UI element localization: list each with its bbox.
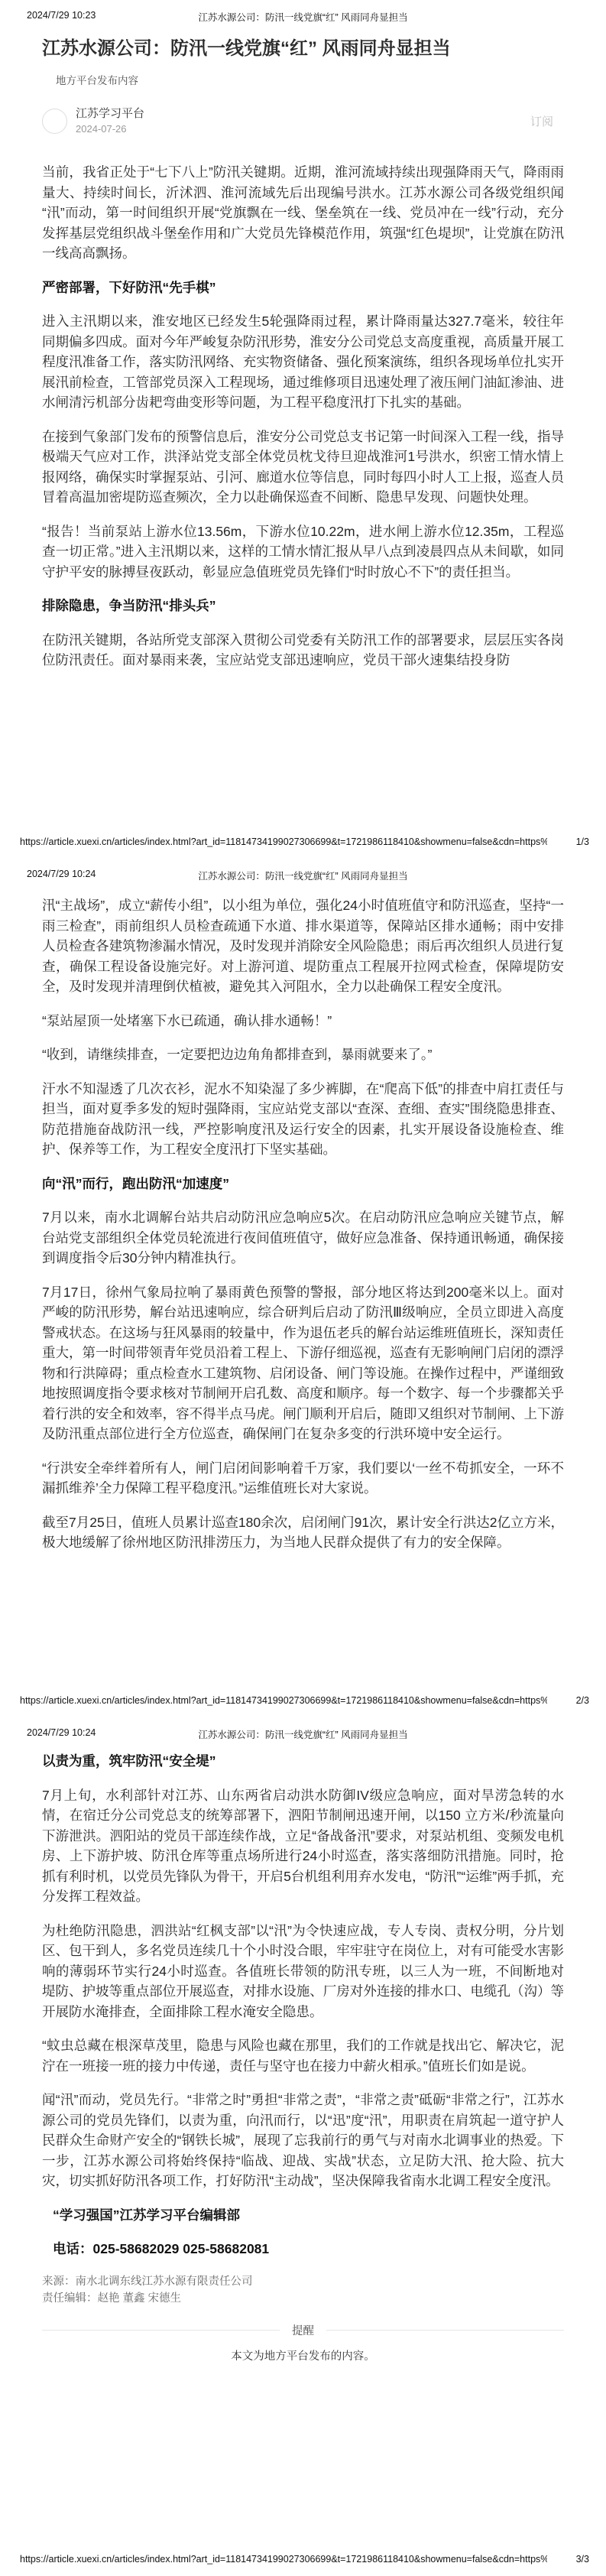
byline-info: 江苏学习平台 2024-07-26: [76, 107, 144, 135]
editorial-signature: “学习强国”江苏学习平台编辑部: [53, 2205, 564, 2226]
page-footer: https://article.xuexi.cn/articles/index.…: [20, 836, 589, 849]
notice-label: 提醒: [292, 2322, 314, 2338]
paragraph: 截至7月25日，值班人员累计巡查180余次，启闭闸门91次，累计安全行洪达2亿立…: [42, 1512, 564, 1553]
source-url: https://article.xuexi.cn/articles/index.…: [20, 1695, 547, 1706]
section-heading: 严密部署，下好防汛“先手棋”: [42, 278, 564, 298]
page-number: 1/3: [565, 836, 589, 847]
paragraph: 汛“主战场”，成立“薪传小组”，以小组为单位，强化24小时值班值守和防汛巡查，坚…: [42, 895, 564, 997]
paragraph: 在接到气象部门发布的预警信息后，淮安分公司党总支书记第一时间深入工程一线，指导极…: [42, 427, 564, 508]
paragraph: “收到，请继续排查，一定要把边边角角都排查到，暴雨就要来了。”: [42, 1044, 564, 1065]
page-header: 2024/7/29 10:23 江苏水源公司：防汛一线党旗“红” 风雨同舟显担当: [20, 10, 586, 23]
section-heading: 排除隐患，争当防汛“排头兵”: [42, 596, 564, 616]
article-content-page2: 汛“主战场”，成立“薪传小组”，以小组为单位，强化24小时值班值守和防汛巡查，坚…: [42, 895, 564, 1567]
page-title: 江苏水源公司：防汛一线党旗“红” 风雨同舟显担当: [42, 37, 564, 61]
page-footer: https://article.xuexi.cn/articles/index.…: [20, 1695, 589, 1708]
section-heading: 向“汛”而行，跑出防汛“加速度”: [42, 1174, 564, 1194]
source-url: https://article.xuexi.cn/articles/index.…: [20, 2554, 547, 2565]
print-timestamp: 2024/7/29 10:24: [27, 869, 96, 879]
header-doc-title: 江苏水源公司：防汛一线党旗“红” 风雨同舟显担当: [112, 869, 494, 882]
paragraph: 汗水不知湿透了几次衣衫，泥水不知染湿了多少裤脚，在“爬高下低”的排查中肩扛责任与…: [42, 1079, 564, 1160]
author-name[interactable]: 江苏学习平台: [76, 107, 144, 121]
source-line: 来源：南水北调东线江苏水源有限责任公司: [42, 2273, 564, 2290]
paragraph: “泵站屋顶一处堵塞下水已疏通，确认排水通畅！”: [42, 1011, 564, 1031]
section-heading: 以责为重，筑牢防汛“安全堤”: [42, 1751, 564, 1772]
publish-date: 2024-07-26: [76, 122, 144, 135]
editor-line: 责任编辑：赵艳 董鑫 宋德生: [42, 2290, 564, 2307]
paragraph: 7月以来，南水北调解台站共启动防汛应急响应5次。在启动防汛应急响应关键节点，解台…: [42, 1207, 564, 1269]
page-number: 3/3: [565, 2554, 589, 2565]
paragraph: 7月17日，徐州气象局拉响了暴雨黄色预警的警报，部分地区将达到200毫米以上。面…: [42, 1282, 564, 1444]
article-content-page3: 以责为重，筑牢防汛“安全堤” 7月上旬，水利部针对江苏、山东两省启动洪水防御IV…: [42, 1751, 564, 2363]
header-doc-title: 江苏水源公司：防汛一线党旗“红” 风雨同舟显担当: [112, 10, 494, 24]
avatar: [42, 109, 67, 134]
paragraph: 闻“汛”而动，党员先行。“非常之时”勇担“非常之责”，“非常之责”砥砺“非常之行…: [42, 2090, 564, 2191]
page-header: 2024/7/29 10:24 江苏水源公司：防汛一线党旗“红” 风雨同舟显担当: [20, 1727, 586, 1740]
print-page-3: 2024/7/29 10:24 江苏水源公司：防汛一线党旗“红” 风雨同舟显担当…: [0, 1717, 606, 2576]
article-category-label: 地方平台发布内容: [56, 72, 564, 87]
paragraph: “蚊虫总藏在根深草茂里，隐患与风险也藏在那里，我们的工作就是找出它、解决它，泥泞…: [42, 2035, 564, 2076]
page-header: 2024/7/29 10:24 江苏水源公司：防汛一线党旗“红” 风雨同舟显担当: [20, 869, 586, 882]
paragraph: 当前，我省正处于“七下八上”防汛关键期。近期，淮河流域持续出现强降雨天气，降雨雨…: [42, 162, 564, 264]
divider-line: [42, 2330, 280, 2331]
notice-text: 本文为地方平台发布的内容。: [42, 2347, 564, 2363]
print-page-2: 2024/7/29 10:24 江苏水源公司：防汛一线党旗“红” 风雨同舟显担当…: [0, 859, 606, 1717]
paragraph: 7月上旬，水利部针对江苏、山东两省启动洪水防御IV级应急响应，面对旱涝急转的水情…: [42, 1785, 564, 1907]
print-timestamp: 2024/7/29 10:23: [27, 10, 96, 21]
source-url: https://article.xuexi.cn/articles/index.…: [20, 836, 547, 847]
byline: 江苏学习平台 2024-07-26 订阅: [42, 106, 564, 136]
paragraph: 在防汛关键期，各站所党支部深入贯彻公司党委有关防汛工作的部署要求，层层压实各岗位…: [42, 630, 564, 671]
paragraph: 为杜绝防汛隐患，泗洪站“红枫支部”以“汛”为令快速应战，专人专岗、责权分明，分片…: [42, 1921, 564, 2022]
paragraph: “行洪安全牵绊着所有人，闸门启闭间影响着千万家，我们要以‘一丝不苟抓安全，一环不…: [42, 1458, 564, 1499]
print-page-1: 2024/7/29 10:23 江苏水源公司：防汛一线党旗“红” 风雨同舟显担当…: [0, 0, 606, 859]
print-timestamp: 2024/7/29 10:24: [27, 1727, 96, 1738]
notice-divider: 提醒: [42, 2322, 564, 2338]
header-doc-title: 江苏水源公司：防汛一线党旗“红” 风雨同舟显担当: [112, 1727, 494, 1741]
editorial-phone: 电话：025-58682029 025-58682081: [53, 2239, 564, 2259]
page-number: 2/3: [565, 1695, 589, 1706]
article-content-page1: 江苏水源公司：防汛一线党旗“红” 风雨同舟显担当 地方平台发布内容 江苏学习平台…: [42, 37, 564, 684]
paragraph: 进入主汛期以来，淮安地区已经发生5轮强降雨过程，累计降雨量达327.7毫米，较往…: [42, 311, 564, 413]
subscribe-button[interactable]: 订阅: [530, 113, 553, 129]
paragraph: “报告！当前泵站上游水位13.56m，下游水位10.22m，进水闸上游水位12.…: [42, 521, 564, 583]
page-footer: https://article.xuexi.cn/articles/index.…: [20, 2554, 589, 2567]
divider-line: [326, 2330, 564, 2331]
article-meta: 来源：南水北调东线江苏水源有限责任公司 责任编辑：赵艳 董鑫 宋德生: [42, 2273, 564, 2307]
